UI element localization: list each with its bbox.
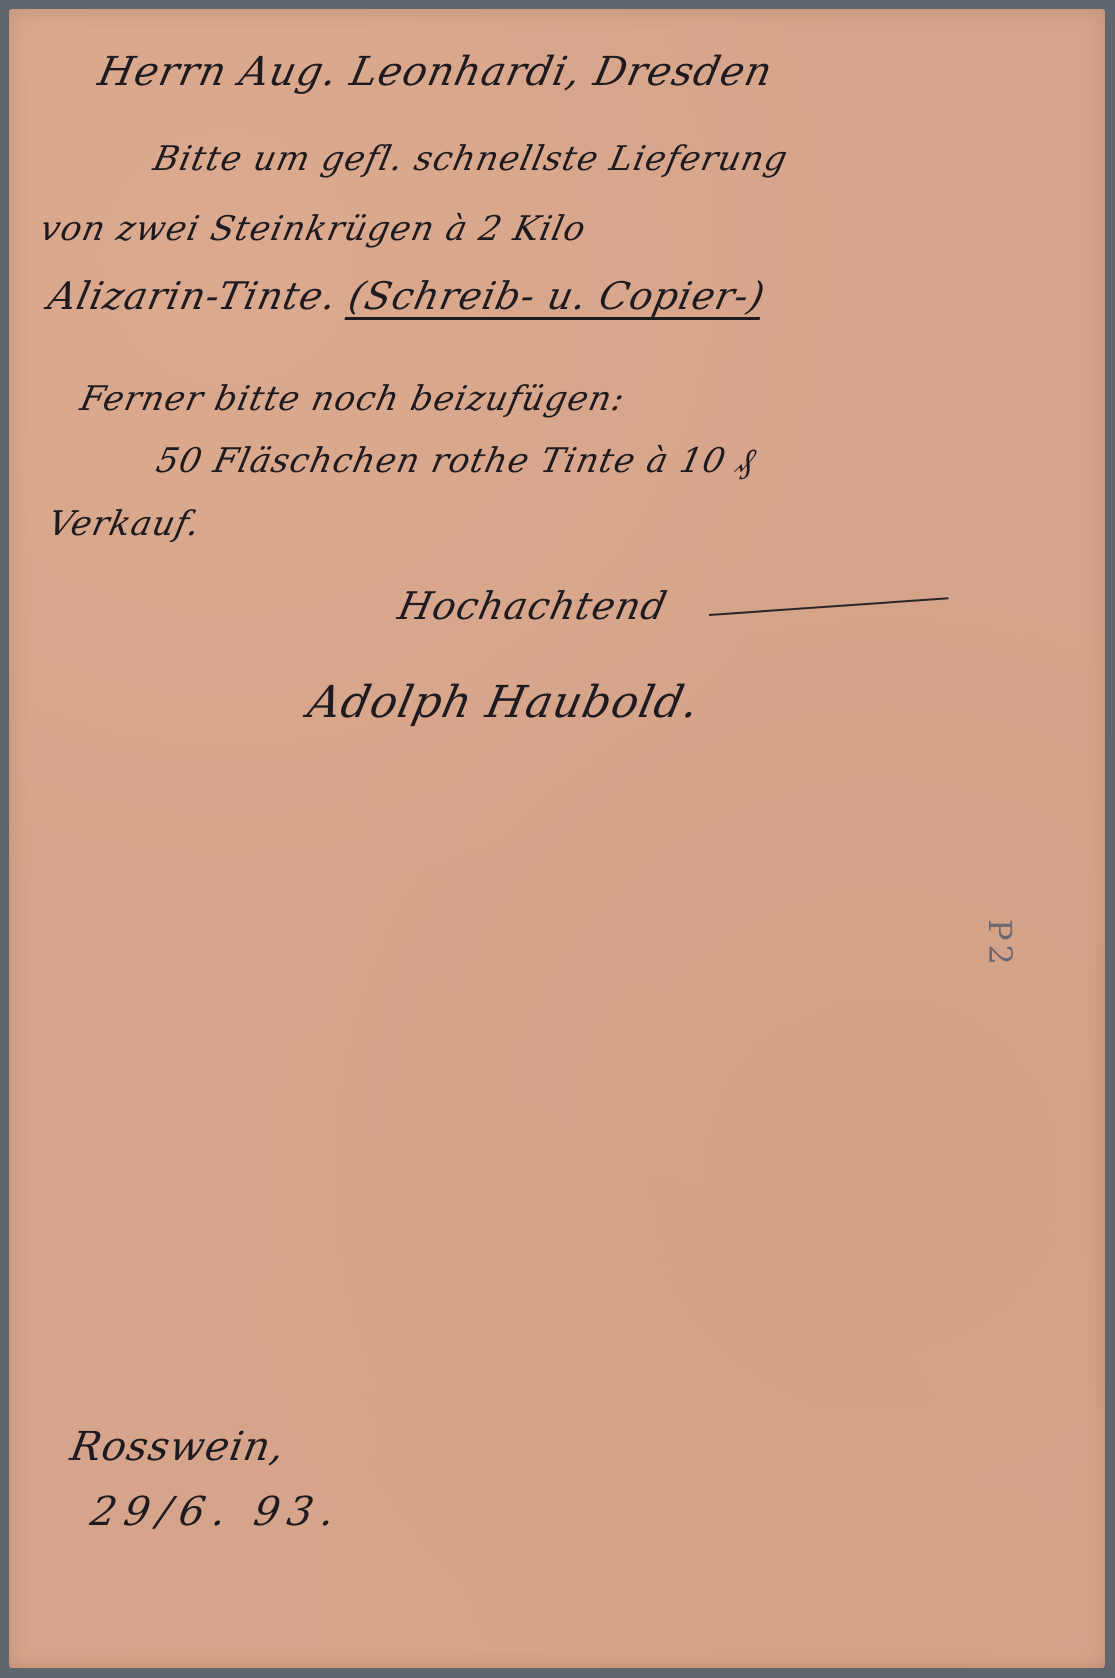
addressee-line: Herrn Aug. Leonhardi, Dresden bbox=[94, 49, 777, 95]
body-line-3-main: Alizarin-Tinte. bbox=[44, 274, 341, 318]
place: Rosswein, bbox=[67, 1424, 289, 1470]
postcard: Herrn Aug. Leonhardi, Dresden Bitte um g… bbox=[9, 9, 1105, 1668]
body-line-1: Bitte um gefl. schnellste Lieferung bbox=[150, 139, 792, 179]
body-line-6: Verkauf. bbox=[45, 504, 204, 544]
date: 29/6. 93. bbox=[87, 1489, 346, 1535]
signature: Adolph Haubold. bbox=[304, 677, 705, 728]
body-line-3: Alizarin-Tinte. (Schreib- u. Copier-) bbox=[44, 274, 769, 318]
closing-flourish bbox=[709, 597, 949, 616]
body-line-5: 50 Fläschchen rothe Tinte à 10 ₰ bbox=[153, 441, 760, 481]
body-line-2: von zwei Steinkrügen à 2 Kilo bbox=[37, 209, 590, 249]
body-line-4: Ferner bitte noch beizufügen: bbox=[77, 379, 629, 419]
body-line-3-parenthetical: (Schreib- u. Copier-) bbox=[345, 274, 769, 318]
pencil-annotation: P2 bbox=[981, 919, 1019, 969]
closing: Hochachtend bbox=[394, 584, 671, 628]
